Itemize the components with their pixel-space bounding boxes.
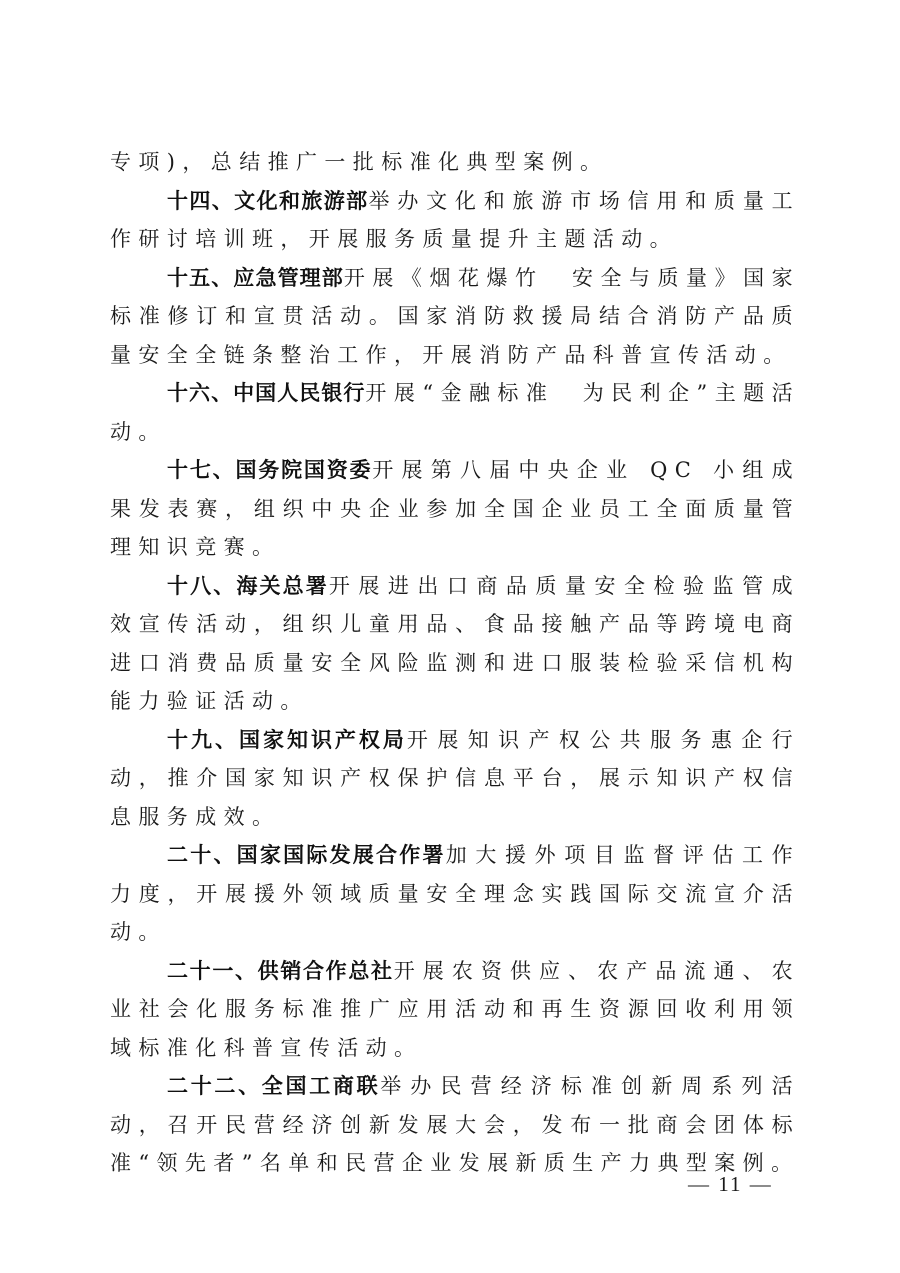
paragraph-item-14: 十四、文化和旅游部举办文化和旅游市场信用和质量工作研讨培训班，开展服务质量提升主…	[110, 182, 800, 259]
paragraph-item-21: 二十一、供销合作总社开展农资供应、农产品流通、农业社会化服务标准推广应用活动和再…	[110, 952, 800, 1068]
paragraph-item-22: 二十二、全国工商联举办民营经济标准创新周系列活动，召开民营经济创新发展大会，发布…	[110, 1067, 800, 1183]
organization-heading: 二十一、供销合作总社	[167, 959, 394, 983]
document-page: 专项)，总结推广一批标准化典型案例。 十四、文化和旅游部举办文化和旅游市场信用和…	[110, 143, 800, 1183]
paragraph-item-20: 二十、国家国际发展合作署加大援外项目监督评估工作力度，开展援外领域质量安全理念实…	[110, 836, 800, 952]
paragraph-item-19: 十九、国家知识产权局开展知识产权公共服务惠企行动，推介国家知识产权保护信息平台，…	[110, 721, 800, 837]
organization-heading: 十九、国家知识产权局	[167, 728, 407, 752]
organization-heading: 十六、中国人民银行	[167, 381, 365, 405]
paragraph-item-17: 十七、国务院国资委开展第八届中央企业 QC 小组成果发表赛，组织中央企业参加全国…	[110, 451, 800, 567]
organization-heading: 十七、国务院国资委	[167, 458, 372, 482]
page-number: — 11 —	[688, 1172, 773, 1197]
organization-heading: 十五、应急管理部	[167, 266, 344, 290]
paragraph-continuation: 专项)，总结推广一批标准化典型案例。	[110, 143, 800, 182]
organization-heading: 十四、文化和旅游部	[167, 189, 369, 213]
paragraph-item-18: 十八、海关总署开展进出口商品质量安全检验监管成效宣传活动，组织儿童用品、食品接触…	[110, 567, 800, 721]
organization-heading: 十八、海关总署	[167, 574, 329, 598]
paragraph-item-16: 十六、中国人民银行开展“金融标准 为民利企”主题活动。	[110, 374, 800, 451]
paragraph-text: 专项)，总结推广一批标准化典型案例。	[110, 150, 608, 174]
organization-heading: 二十二、全国工商联	[167, 1074, 380, 1098]
paragraph-item-15: 十五、应急管理部开展《烟花爆竹 安全与质量》国家标准修订和宣贯活动。国家消防救援…	[110, 259, 800, 375]
organization-heading: 二十、国家国际发展合作署	[167, 843, 446, 867]
